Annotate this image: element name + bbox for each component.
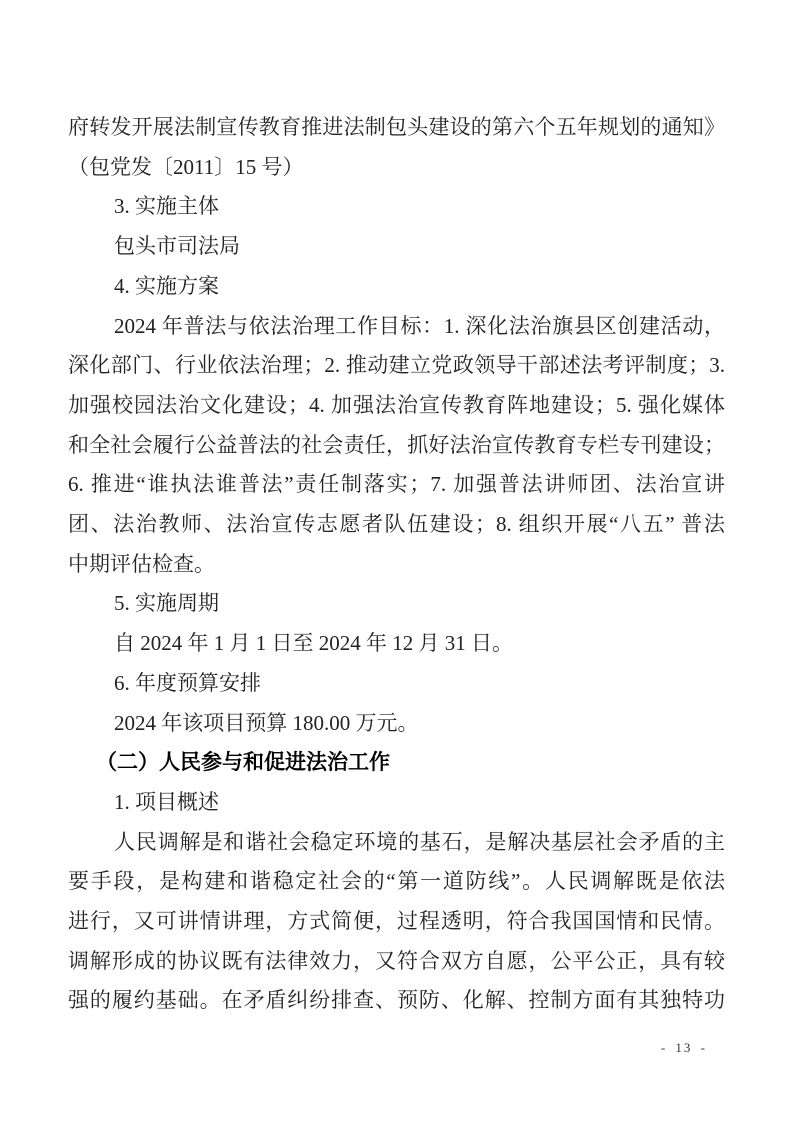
- text-line: 加强校园法治文化建设；4. 加强法治宣传教育阵地建设；5. 强化媒体: [68, 386, 725, 426]
- text-line: 深化部门、行业依法治理；2. 推动建立党政领导干部述法考评制度；3.: [68, 346, 725, 386]
- text-line: 要手段，是构建和谐稳定社会的“第一道防线”。人民调解既是依法: [68, 862, 725, 902]
- text-line: 中期评估检查。: [68, 545, 725, 585]
- document-text-block: 府转发开展法制宣传教育推进法制包头建设的第六个五年规划的通知》（包党发〔2011…: [68, 108, 725, 1021]
- text-line: （包党发〔2011〕15 号）: [68, 148, 725, 188]
- text-line: 自 2024 年 1 月 1 日至 2024 年 12 月 31 日。: [68, 624, 725, 664]
- text-line: 3. 实施主体: [68, 187, 725, 227]
- page-number: - 13 -: [661, 1040, 707, 1056]
- text-line: 2024 年普法与依法治理工作目标：1. 深化法治旗县区创建活动，: [68, 307, 725, 347]
- text-line: 包头市司法局: [68, 227, 725, 267]
- text-line: 人民调解是和谐社会稳定环境的基石，是解决基层社会矛盾的主: [68, 823, 725, 863]
- text-line: 4. 实施方案: [68, 267, 725, 307]
- text-line: 2024 年该项目预算 180.00 万元。: [68, 704, 725, 744]
- text-line: 强的履约基础。在矛盾纠纷排查、预防、化解、控制方面有其独特功: [68, 981, 725, 1021]
- text-line: 5. 实施周期: [68, 584, 725, 624]
- document-page: { "page": { "background_color": "#ffffff…: [0, 0, 793, 1122]
- text-line: 6. 推进“谁执法谁普法”责任制落实；7. 加强普法讲师团、法治宣讲: [68, 465, 725, 505]
- text-line: 团、法治教师、法治宣传志愿者队伍建设；8. 组织开展“八五” 普法: [68, 505, 725, 545]
- text-line: 府转发开展法制宣传教育推进法制包头建设的第六个五年规划的通知》: [68, 108, 725, 148]
- text-line: 进行，又可讲情讲理，方式简便，过程透明，符合我国国情和民情。: [68, 902, 725, 942]
- section-heading: （二）人民参与和促进法治工作: [68, 743, 725, 783]
- text-line: 1. 项目概述: [68, 783, 725, 823]
- text-line: 调解形成的协议既有法律效力，又符合双方自愿，公平公正，具有较: [68, 942, 725, 982]
- text-line: 6. 年度预算安排: [68, 664, 725, 704]
- text-line: 和全社会履行公益普法的社会责任，抓好法治宣传教育专栏专刊建设；: [68, 426, 725, 466]
